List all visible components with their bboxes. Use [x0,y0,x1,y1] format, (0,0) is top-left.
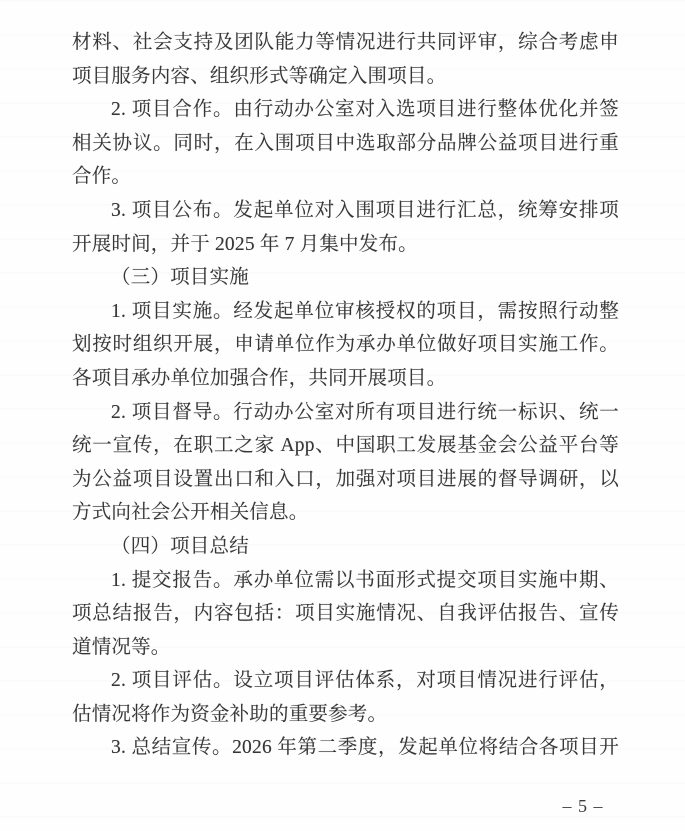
section-heading: （四）项目总结 [72,530,619,564]
document-page: 材料、社会支持及团队能力等情况进行共同评审，综合考虑申请 项目服务内容、组织形式… [0,0,685,831]
document-body: 材料、社会支持及团队能力等情况进行共同评审，综合考虑申请 项目服务内容、组织形式… [72,26,619,765]
text-line: 2. 项目合作。由行动办公室对入选项目进行整体优化并签订 [72,93,619,127]
text-line: 划按时组织开展，申请单位作为承办单位做好项目实施工作。鼓励 [72,328,619,362]
text-line: 3. 总结宣传。2026 年第二季度，发起单位将结合各项目开展 [72,731,619,765]
text-line: 方式向社会公开相关信息。 [72,496,619,530]
text-line: 道情况等。 [72,631,619,665]
text-line: 合作。 [72,160,619,194]
text-line: 统一宣传，在职工之家 App、中国职工发展基金会公益平台等平台 [72,429,619,463]
text-line: 项总结报告，内容包括：项目实施情况、自我评估报告、宣传报 [72,597,619,631]
text-line: 2. 项目督导。行动办公室对所有项目进行统一标识、统一优化、 [72,396,619,430]
text-line: 估情况将作为资金补助的重要参考。 [72,698,619,732]
text-line: 项目服务内容、组织形式等确定入围项目。 [72,60,619,94]
section-heading: （三）项目实施 [72,261,619,295]
text-line: 各项目承办单位加强合作，共同开展项目。 [72,362,619,396]
text-line: 1. 提交报告。承办单位需以书面形式提交项目实施中期、结 [72,564,619,598]
text-line: 为公益项目设置出口和入口，加强对项目进展的督导调研，以适当 [72,463,619,497]
text-line: 相关协议。同时，在入围项目中选取部分品牌公益项目进行重点 [72,127,619,161]
text-line: 1. 项目实施。经发起单位审核授权的项目，需按照行动整体规 [72,295,619,329]
text-line: 材料、社会支持及团队能力等情况进行共同评审，综合考虑申请 [72,26,619,60]
page-number: – 5 – [558,795,608,817]
text-line: 开展时间，并于 2025 年 7 月集中发布。 [72,228,619,262]
text-line: 3. 项目公布。发起单位对入围项目进行汇总，统筹安排项目 [72,194,619,228]
text-line: 2. 项目评估。设立项目评估体系，对项目情况进行评估，评 [72,664,619,698]
